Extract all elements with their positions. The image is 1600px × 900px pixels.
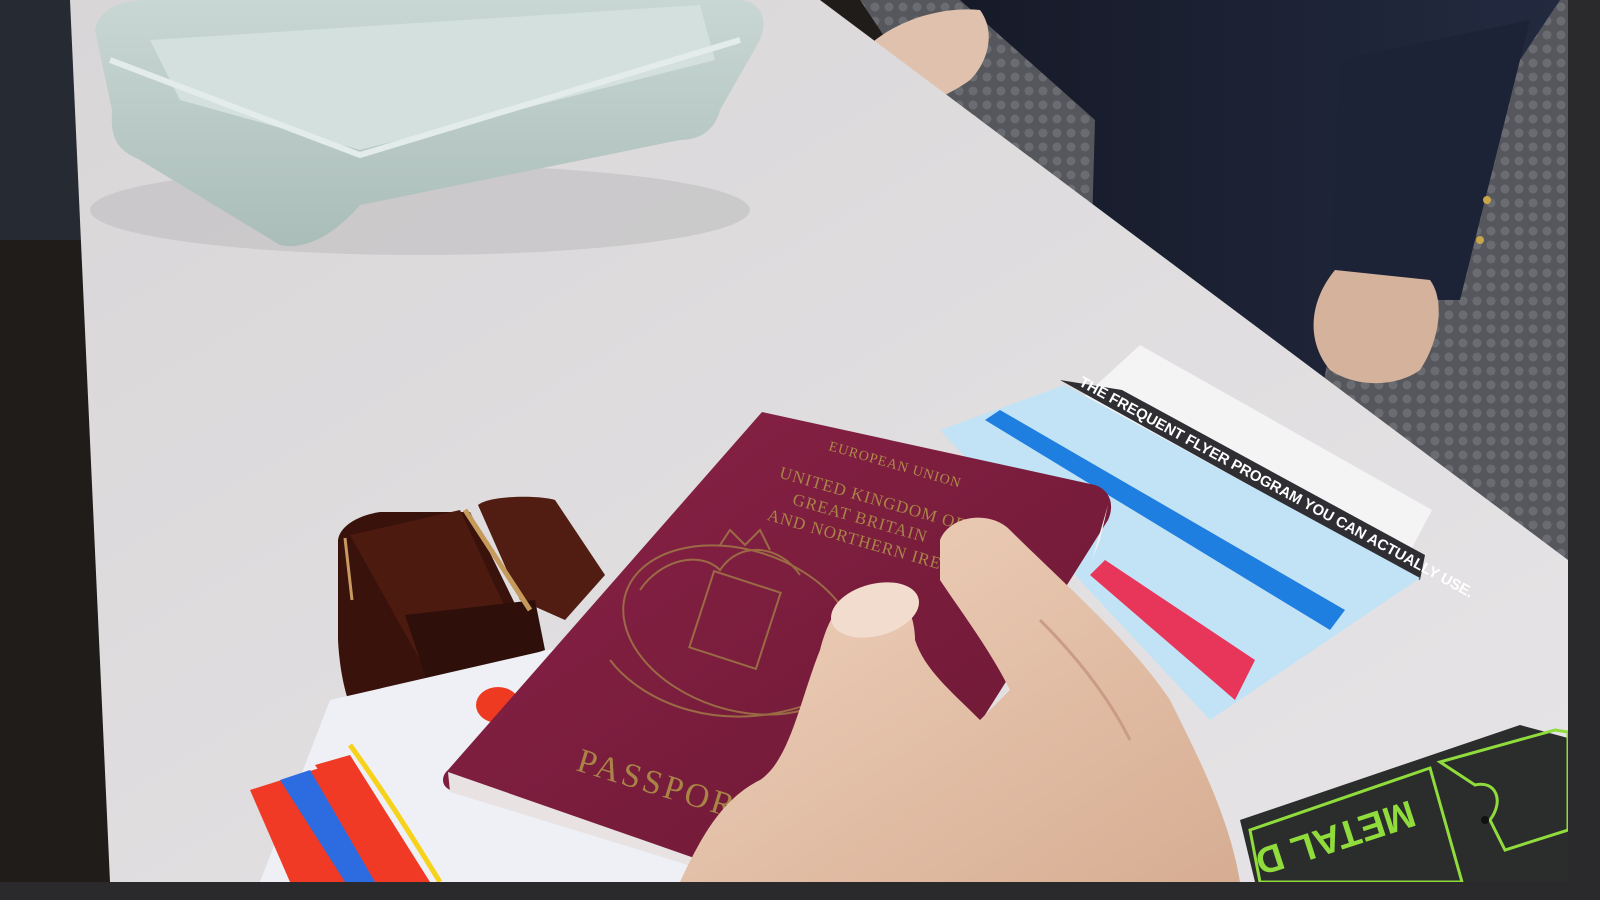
officer-hand bbox=[1314, 270, 1439, 383]
security-tray bbox=[90, 0, 763, 255]
airport-security-scene: THE FREQUENT FLYER PROGRAM YOU CAN ACTUA… bbox=[0, 0, 1568, 882]
uniform-button-icon bbox=[1483, 196, 1491, 204]
uniform-button-icon bbox=[1476, 236, 1484, 244]
